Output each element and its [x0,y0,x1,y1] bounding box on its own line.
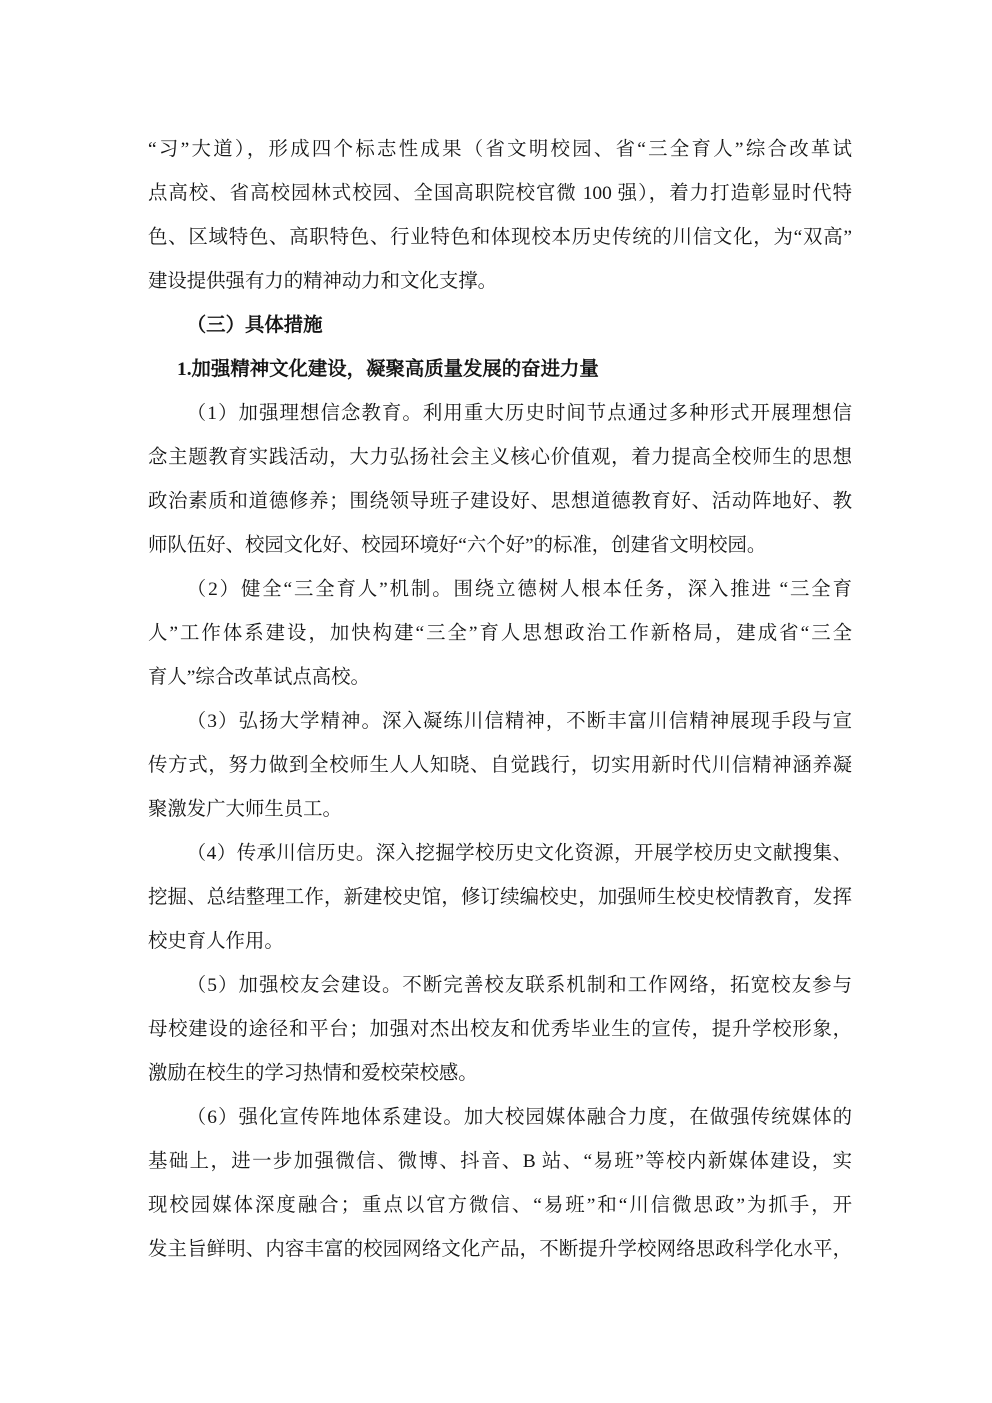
list-item-4: （4）传承川信历史。深入挖掘学校历史文化资源，开展学校历史文献搜集、 挖掘、总结… [148,832,852,964]
body-line: 人”工作体系建设，加快构建“三全”育人思想政治工作新格局，建成省“三全 [148,612,852,656]
body-line: 政治素质和道德修养；围绕领导班子建设好、思想道德教育好、活动阵地好、教 [148,480,852,524]
body-line: 师队伍好、校园文化好、校园环境好“六个好”的标准，创建省文明校园。 [148,524,852,568]
body-line: 母校建设的途径和平台；加强对杰出校友和优秀毕业生的宣传，提升学校形象， [148,1008,852,1052]
body-line: 现校园媒体深度融合；重点以官方微信、“易班”和“川信微思政”为抓手，开 [148,1184,852,1228]
body-line: 校史育人作用。 [148,920,852,964]
section-heading: （三）具体措施 [148,304,852,348]
body-line: 挖掘、总结整理工作，新建校史馆，修订续编校史，加强师生校史校情教育，发挥 [148,876,852,920]
body-line: 传方式，努力做到全校师生人人知晓、自觉践行，切实用新时代川信精神涵养凝 [148,744,852,788]
body-line: 育人”综合改革试点高校。 [148,656,852,700]
continuation-paragraph: “习”大道），形成四个标志性成果（省文明校园、省“三全育人”综合改革试 点高校、… [148,128,852,304]
body-line: 基础上，进一步加强微信、微博、抖音、B 站、“易班”等校内新媒体建设，实 [148,1140,852,1184]
body-line: （4）传承川信历史。深入挖掘学校历史文化资源，开展学校历史文献搜集、 [148,832,852,876]
body-line: 念主题教育实践活动，大力弘扬社会主义核心价值观，着力提高全校师生的思想 [148,436,852,480]
body-line: （5）加强校友会建设。不断完善校友联系机制和工作网络，拓宽校友参与 [148,964,852,1008]
subsection-heading: 1.加强精神文化建设，凝聚高质量发展的奋进力量 [148,348,852,392]
body-line: 激励在校生的学习热情和爱校荣校感。 [148,1052,852,1096]
body-line: 建设提供强有力的精神动力和文化支撑。 [148,260,852,304]
body-line: 色、区域特色、高职特色、行业特色和体现校本历史传统的川信文化，为“双高” [148,216,852,260]
list-item-6: （6）强化宣传阵地体系建设。加大校园媒体融合力度，在做强传统媒体的 基础上，进一… [148,1096,852,1272]
list-item-2: （2）健全“三全育人”机制。围绕立德树人根本任务，深入推进 “三全育 人”工作体… [148,568,852,700]
body-line: （1）加强理想信念教育。利用重大历史时间节点通过多种形式开展理想信 [148,392,852,436]
body-line: （2）健全“三全育人”机制。围绕立德树人根本任务，深入推进 “三全育 [148,568,852,612]
body-line: （3）弘扬大学精神。深入凝练川信精神，不断丰富川信精神展现手段与宣 [148,700,852,744]
body-line: “习”大道），形成四个标志性成果（省文明校园、省“三全育人”综合改革试 [148,128,852,172]
list-item-3: （3）弘扬大学精神。深入凝练川信精神，不断丰富川信精神展现手段与宣 传方式，努力… [148,700,852,832]
body-line: （6）强化宣传阵地体系建设。加大校园媒体融合力度，在做强传统媒体的 [148,1096,852,1140]
body-line: 点高校、省高校园林式校园、全国高职院校官微 100 强），着力打造彰显时代特 [148,172,852,216]
document-page: “习”大道），形成四个标志性成果（省文明校园、省“三全育人”综合改革试 点高校、… [0,0,992,1403]
list-item-5: （5）加强校友会建设。不断完善校友联系机制和工作网络，拓宽校友参与 母校建设的途… [148,964,852,1096]
list-item-1: （1）加强理想信念教育。利用重大历史时间节点通过多种形式开展理想信 念主题教育实… [148,392,852,568]
body-line: 聚激发广大师生员工。 [148,788,852,832]
body-line: 发主旨鲜明、内容丰富的校园网络文化产品，不断提升学校网络思政科学化水平， [148,1228,852,1272]
